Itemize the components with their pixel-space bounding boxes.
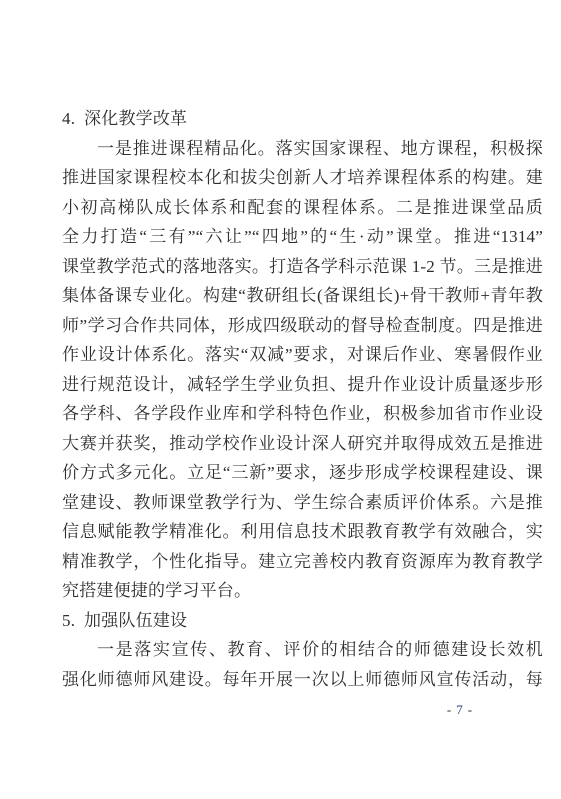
text-line: 一是推进课程精品化。落实国家课程、地方课程，积极探索 <box>62 134 543 164</box>
text-line: 各学科、各学段作业库和学科特色作业，积极参加省市作业设计 <box>62 399 543 429</box>
text-line: 课堂教学范式的落地落实。打造各学科示范课 1-2 节。三是推进 <box>62 252 543 282</box>
text-line: 价方式多元化。立足“三新”要求，逐步形成学校课程建设、课 <box>62 458 543 488</box>
text-line: 精准教学，个性化指导。建立完善校内教育资源库为教育教学研 <box>62 547 543 577</box>
text-line: 大赛并获奖，推动学校作业设计深人研究并取得成效五是推进评 <box>62 429 543 459</box>
page-number-value: 7 <box>452 702 468 717</box>
text-line: 强化师德师风建设。每年开展一次以上师德师风宣传活动，每年 <box>62 665 543 695</box>
text-line: 小初高梯队成长体系和配套的课程体系。二是推进课堂品质化。 <box>62 193 543 223</box>
text-line: 作业设计体系化。落实“双减”要求，对课后作业、寒暑假作业 <box>62 340 543 370</box>
text-line: 推进国家课程校本化和拔尖创新人才培养课程体系的构建。建立 <box>62 163 543 193</box>
text-line: 集体备课专业化。构建“教研组长(备课组长)+骨干教师+青年教 <box>62 281 543 311</box>
page-number-dash-right: - <box>468 702 473 717</box>
text-line: 全力打造“三有”“六让”“四地”的“生·动”课堂。推进“1314” <box>62 222 543 252</box>
text-line: 一是落实宣传、教育、评价的相结合的师德建设长效机制， <box>62 635 543 665</box>
page-number: -7- <box>425 702 495 718</box>
section-heading-4: 4. 深化教学改革 <box>62 104 543 134</box>
text-line: 进行规范设计，减轻学生学业负担、提升作业设计质量逐步形成 <box>62 370 543 400</box>
text-line: 究搭建便捷的学习平台。 <box>62 576 543 606</box>
text-line: 堂建设、教师课堂教学行为、学生综合素质评价体系。六是推进 <box>62 488 543 518</box>
document-page: 4. 深化教学改革 一是推进课程精品化。落实国家课程、地方课程，积极探索 推进国… <box>0 0 561 799</box>
text-line: 师”学习合作共同体，形成四级联动的督导检查制度。四是推进 <box>62 311 543 341</box>
document-text-block: 4. 深化教学改革 一是推进课程精品化。落实国家课程、地方课程，积极探索 推进国… <box>62 104 543 694</box>
section-heading-5: 5. 加强队伍建设 <box>62 606 543 636</box>
text-line: 信息赋能教学精准化。利用信息技术跟教育教学有效融合，实现 <box>62 517 543 547</box>
